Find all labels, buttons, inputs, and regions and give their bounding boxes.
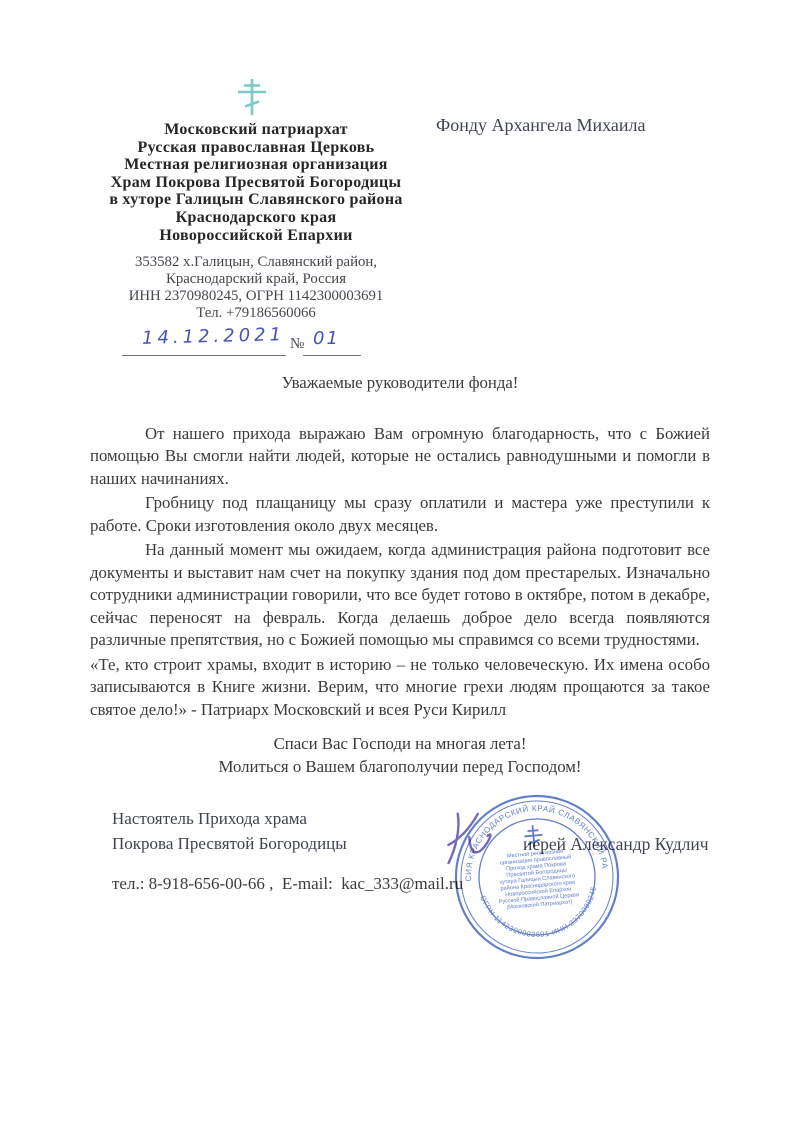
quote-paragraph: «Те, кто строит храмы, входит в историю … (90, 654, 710, 722)
body-paragraph: На данный момент мы ожидаем, когда админ… (90, 539, 710, 652)
closing-line: Молиться о Вашем благополучии перед Госп… (90, 756, 710, 779)
body-paragraph: От нашего прихода выражаю Вам огромную б… (90, 423, 710, 491)
org-line: Краснодарского края (70, 209, 442, 227)
recipient-line: Фонду Архангела Михаила (436, 115, 646, 136)
stamp-cross-icon (524, 824, 544, 847)
body-paragraph: Гробницу под плащаницу мы сразу оплатили… (90, 492, 710, 537)
church-stamp: РОССИЯ КРАСНОДАРСКИЙ КРАЙ СЛАВЯНСКИЙ РАЙ… (445, 785, 629, 969)
address-line: Тел. +79186560066 (70, 305, 442, 322)
signer-title-line: Покрова Пресвятой Богородицы (112, 831, 347, 856)
doc-number-handwritten: 01 (313, 328, 340, 349)
org-line: Московский патриархат (70, 121, 442, 139)
signer-title-block: Настоятель Прихода храма Покрова Пресвят… (112, 806, 347, 856)
letterhead-org-block: Московский патриархат Русская православн… (70, 121, 442, 244)
org-line: Новороссийской Епархии (70, 227, 442, 245)
address-line: Краснодарский край, Россия (70, 271, 442, 288)
number-sign-label: № (290, 336, 304, 353)
address-line: ИНН 2370980245, ОГРН 1142300003691 (70, 288, 442, 305)
org-line: в хуторе Галицын Славянского района (70, 191, 442, 209)
org-line: Местная религиозная организация (70, 156, 442, 174)
date-underline (122, 355, 286, 356)
org-line: Русская православная Церковь (70, 139, 442, 157)
contact-line: тел.: 8-918-656-00-66 , E-mail: kac_333@… (112, 874, 463, 894)
letter-body: Уважаемые руководители фонда! От нашего … (90, 372, 710, 778)
number-underline (303, 355, 361, 356)
closing-line: Спаси Вас Господи на многая лета! (90, 733, 710, 756)
letterhead-address-block: 353582 х.Галицын, Славянский район, Крас… (70, 254, 442, 322)
date-handwritten: 14.12.2021 (142, 324, 286, 349)
letter-page: Московский патриархат Русская православн… (0, 0, 800, 1122)
signer-title-line: Настоятель Прихода храма (112, 806, 347, 831)
salutation: Уважаемые руководители фонда! (90, 372, 710, 395)
orthodox-cross-icon (232, 76, 272, 118)
address-line: 353582 х.Галицын, Славянский район, (70, 254, 442, 271)
org-line: Храм Покрова Пресвятой Богородицы (70, 174, 442, 192)
